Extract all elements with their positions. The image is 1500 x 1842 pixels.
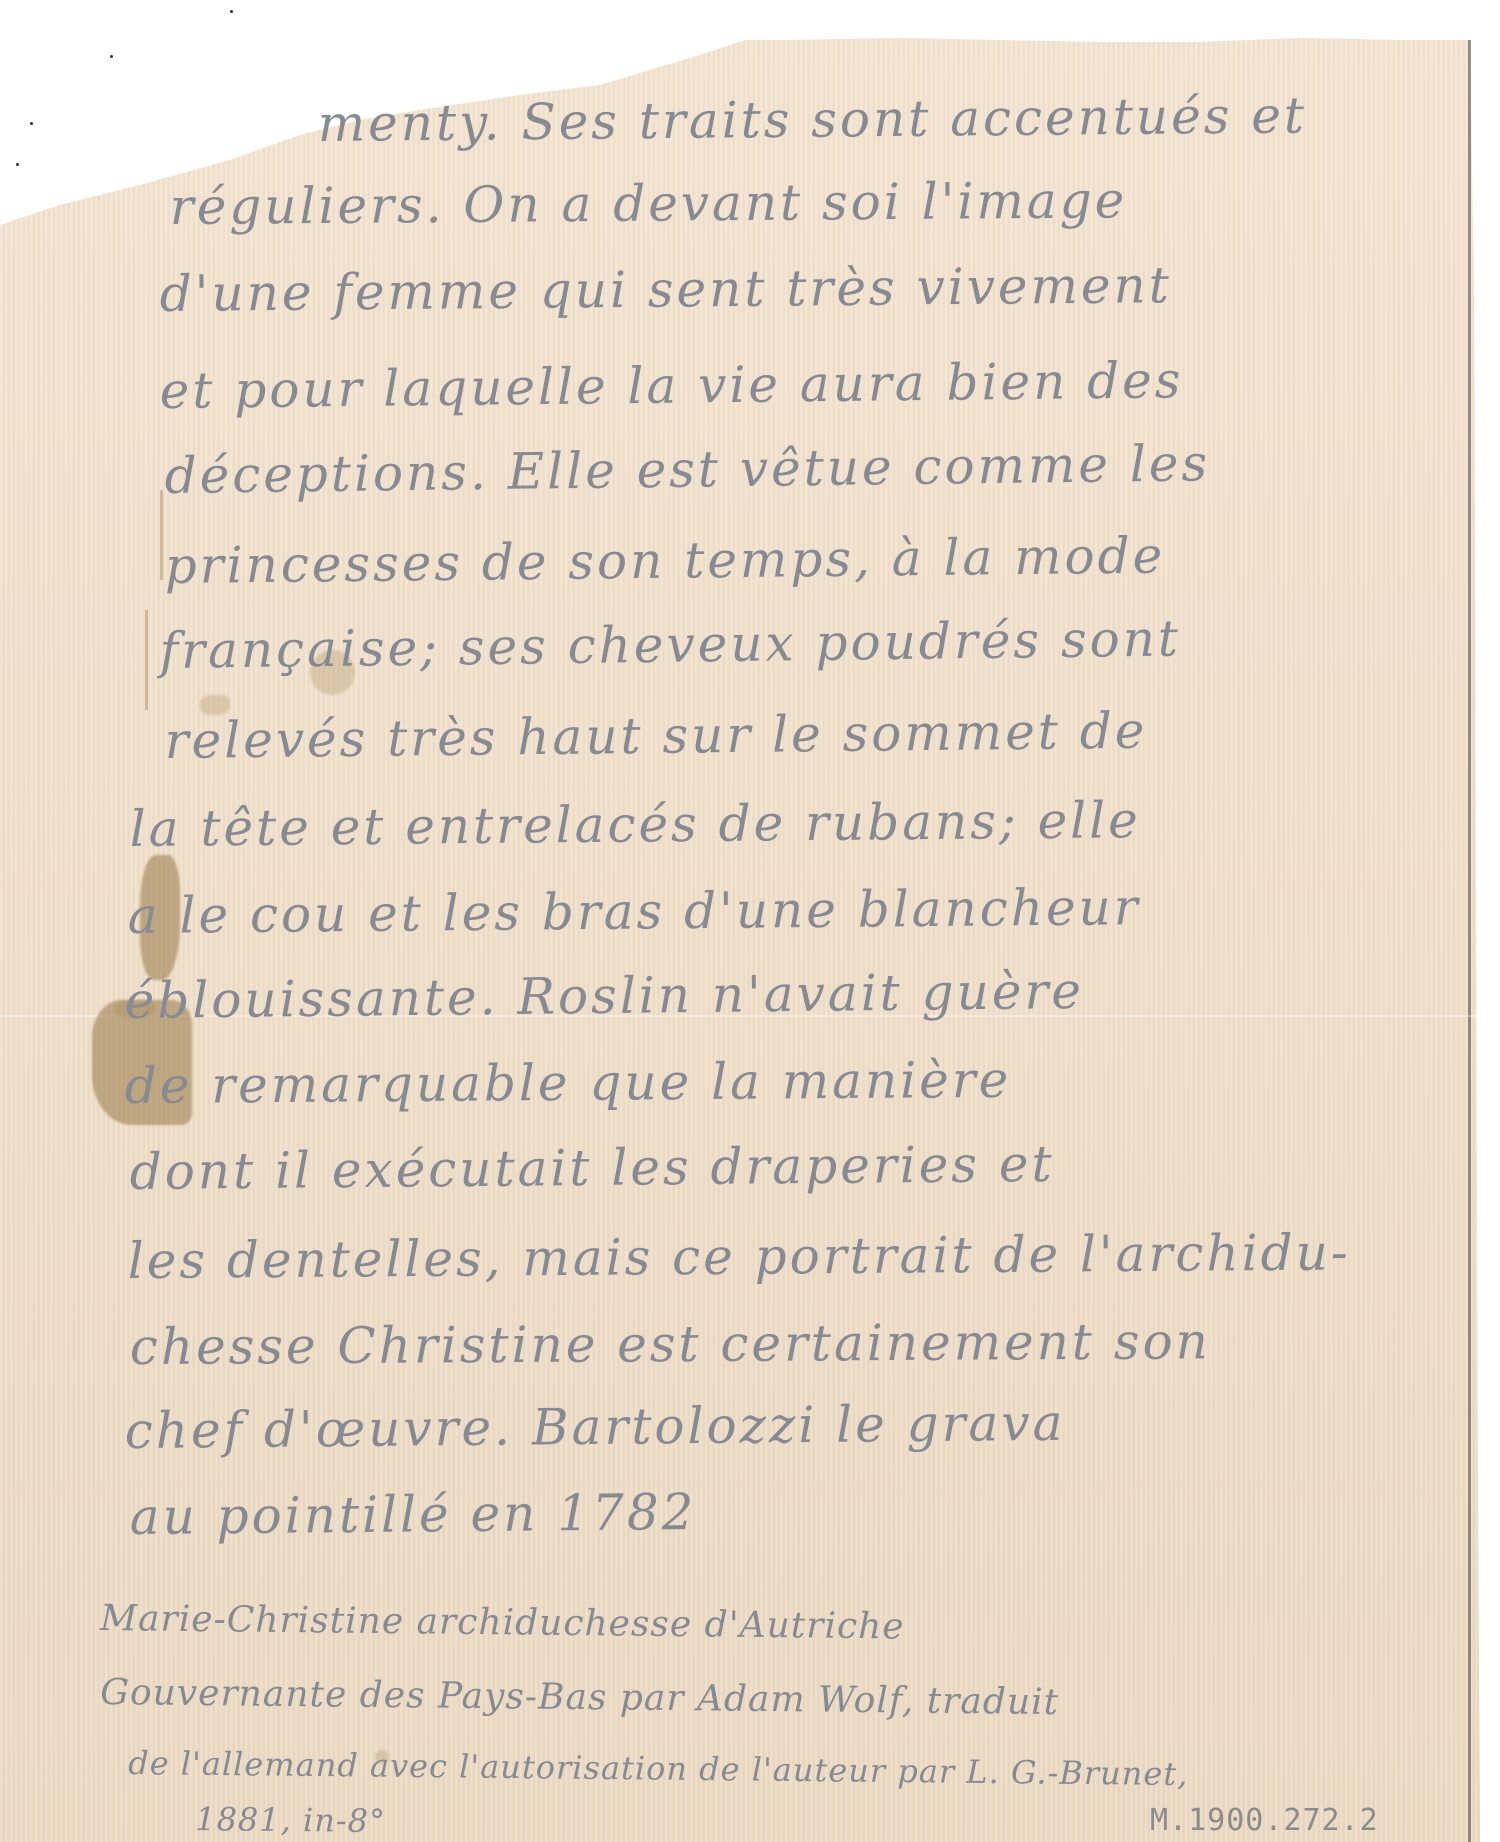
text-line: les dentelles, mais ce portrait de l'arc… — [128, 1223, 1351, 1290]
dust-speck — [110, 55, 113, 58]
text-line: princesses de son temps, à la mode — [164, 527, 1165, 595]
text-line: réguliers. On a devant soi l'image — [170, 171, 1128, 236]
margin-stain-line — [145, 610, 148, 710]
footnote-line: 1881, in-8° — [195, 1800, 386, 1840]
text-line: chesse Christine est certainement son — [130, 1312, 1211, 1376]
text-line: relevés très haut sur le sommet de — [164, 702, 1147, 770]
text-line: au pointillé en 1782 — [129, 1483, 696, 1546]
text-line: et pour laquelle la vie aura bien des — [159, 351, 1183, 420]
dust-speck — [30, 122, 33, 125]
text-line: de remarquable que la manière — [125, 1051, 1012, 1115]
margin-pencil-mark — [160, 490, 163, 580]
dust-speck — [230, 10, 233, 13]
text-line: éblouissante. Roslin n'avait guère — [124, 962, 1084, 1030]
catalog-number-stamp: M.1900.272.2 — [1150, 1803, 1379, 1838]
text-line: dont il exécutait les draperies et — [129, 1135, 1054, 1201]
dust-speck — [16, 163, 19, 166]
footnote-line: Marie-Christine archiduchesse d'Autriche — [100, 1598, 905, 1647]
text-line: la tête et entrelacés de rubans; elle — [129, 791, 1140, 858]
text-line: d'une femme qui sent très vivement — [159, 256, 1172, 323]
text-line: a le cou et les bras d'une blancheur — [127, 878, 1140, 945]
text-line: chef d'œuvre. Bartolozzi le grava — [124, 1394, 1065, 1460]
paper-right-edge — [1468, 40, 1471, 1842]
text-line: menty. Ses traits sont accentués et — [317, 86, 1307, 153]
